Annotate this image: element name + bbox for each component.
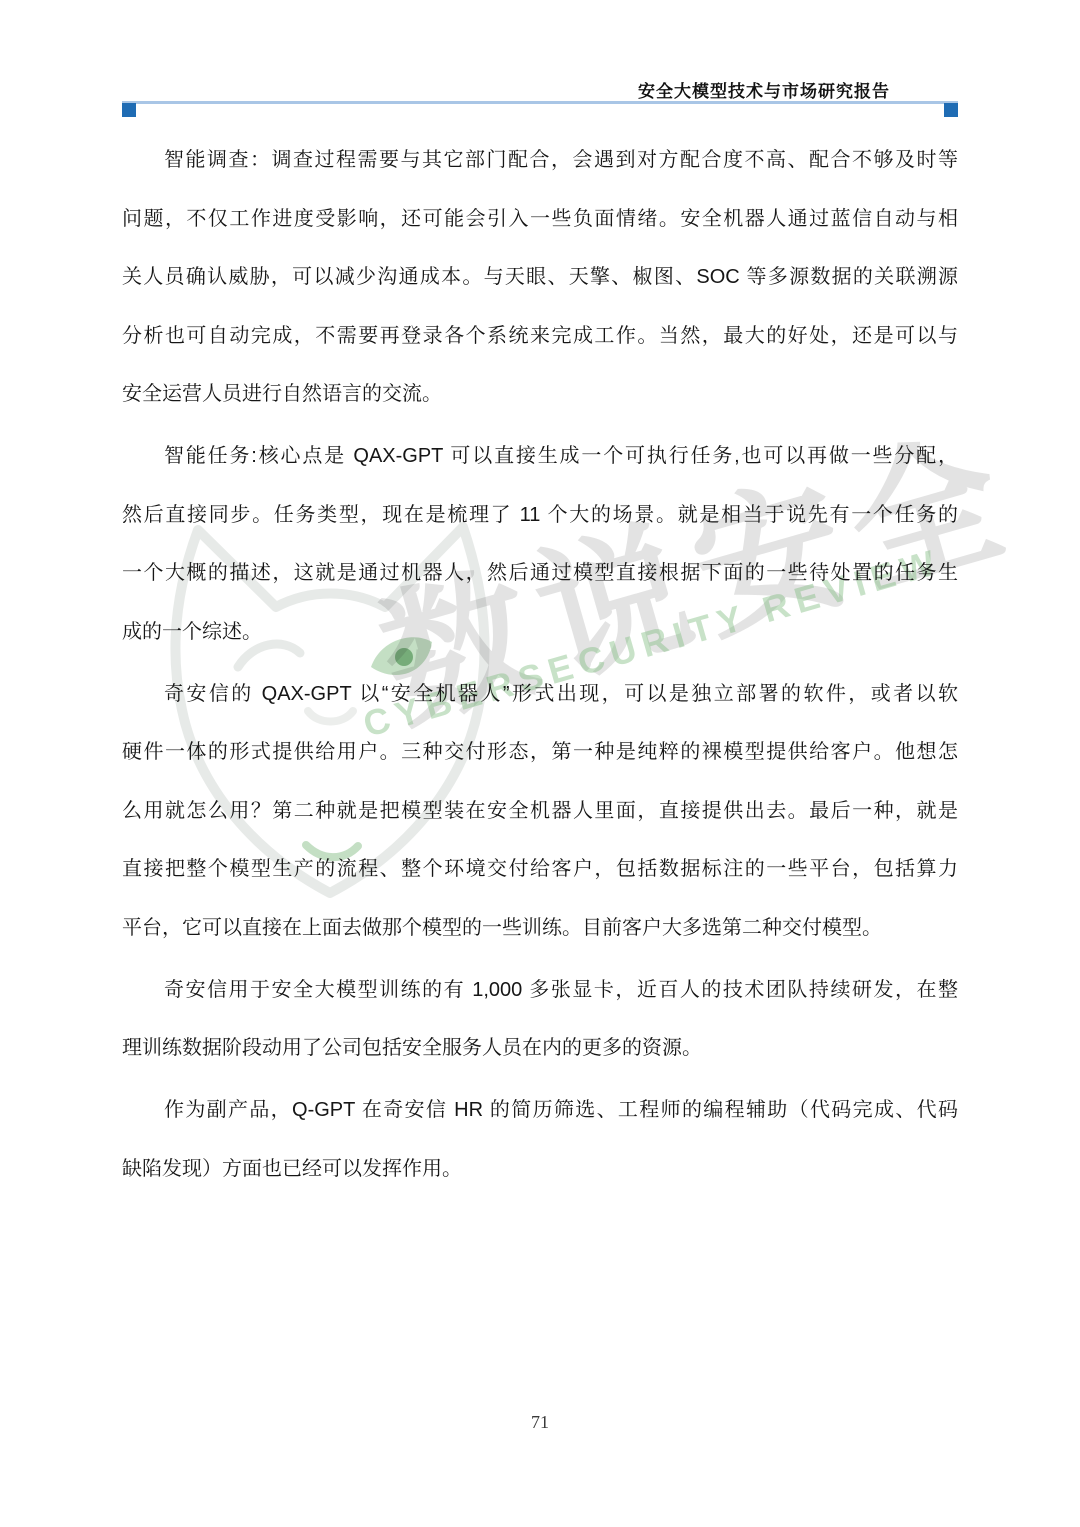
- header-report-title: 安全大模型技术与市场研究报告: [638, 77, 890, 102]
- text-line: 硬件一体的形式提供给用户。三种交付形态，第一种是纯粹的裸模型提供给客户。他想怎: [122, 723, 958, 782]
- text-line: 智能调查：调查过程需要与其它部门配合，会遇到对方配合度不高、配合不够及时等: [122, 131, 958, 190]
- text-line: 问题，不仅工作进度受影响，还可能会引入一些负面情绪。安全机器人通过蓝信自动与相: [122, 190, 958, 249]
- text-line: 奇安信的 QAX-GPT 以“安全机器人”形式出现，可以是独立部署的软件，或者以…: [122, 665, 958, 724]
- text-line: 直接把整个模型生产的流程、整个环境交付给客户，包括数据标注的一些平台，包括算力: [122, 840, 958, 899]
- text-line: 么用就怎么用？第二种就是把模型装在安全机器人里面，直接提供出去。最后一种，就是: [122, 782, 958, 841]
- header-rule-right-square: [944, 103, 958, 117]
- header-rule-left-square: [122, 103, 136, 117]
- page-number: 71: [0, 1412, 1080, 1433]
- text-line: 奇安信用于安全大模型训练的有 1,000 多张显卡，近百人的技术团队持续研发，在…: [122, 961, 958, 1020]
- paragraph: 智能任务:核心点是 QAX-GPT 可以直接生成一个可执行任务,也可以再做一些分…: [122, 427, 958, 661]
- text-line: 缺陷发现）方面也已经可以发挥作用。: [122, 1140, 958, 1199]
- paragraph: 奇安信的 QAX-GPT 以“安全机器人”形式出现，可以是独立部署的软件，或者以…: [122, 665, 958, 958]
- text-line: 然后直接同步。任务类型，现在是梳理了 11 个大的场景。就是相当于说先有一个任务…: [122, 486, 958, 545]
- body-text: 智能调查：调查过程需要与其它部门配合，会遇到对方配合度不高、配合不够及时等问题，…: [122, 131, 958, 1202]
- text-line: 安全运营人员进行自然语言的交流。: [122, 365, 958, 424]
- paragraph: 作为副产品，Q-GPT 在奇安信 HR 的简历筛选、工程师的编程辅助（代码完成、…: [122, 1081, 958, 1198]
- text-line: 平台，它可以直接在上面去做那个模型的一些训练。目前客户大多选第二种交付模型。: [122, 899, 958, 958]
- header-rule: [122, 101, 958, 104]
- text-line: 作为副产品，Q-GPT 在奇安信 HR 的简历筛选、工程师的编程辅助（代码完成、…: [122, 1081, 958, 1140]
- text-line: 智能任务:核心点是 QAX-GPT 可以直接生成一个可执行任务,也可以再做一些分…: [122, 427, 958, 486]
- paragraph: 智能调查：调查过程需要与其它部门配合，会遇到对方配合度不高、配合不够及时等问题，…: [122, 131, 958, 424]
- paragraph: 奇安信用于安全大模型训练的有 1,000 多张显卡，近百人的技术团队持续研发，在…: [122, 961, 958, 1078]
- text-line: 理训练数据阶段动用了公司包括安全服务人员在内的更多的资源。: [122, 1019, 958, 1078]
- report-page: 数说安全 CYBERSECURITY REVIEW 安全大模型技术与市场研究报告…: [0, 0, 1080, 1527]
- text-line: 成的一个综述。: [122, 603, 958, 662]
- text-line: 一个大概的描述，这就是通过机器人，然后通过模型直接根据下面的一些待处置的任务生: [122, 544, 958, 603]
- text-line: 关人员确认威胁，可以减少沟通成本。与天眼、天擎、椒图、SOC 等多源数据的关联溯…: [122, 248, 958, 307]
- text-line: 分析也可自动完成，不需要再登录各个系统来完成工作。当然，最大的好处，还是可以与: [122, 307, 958, 366]
